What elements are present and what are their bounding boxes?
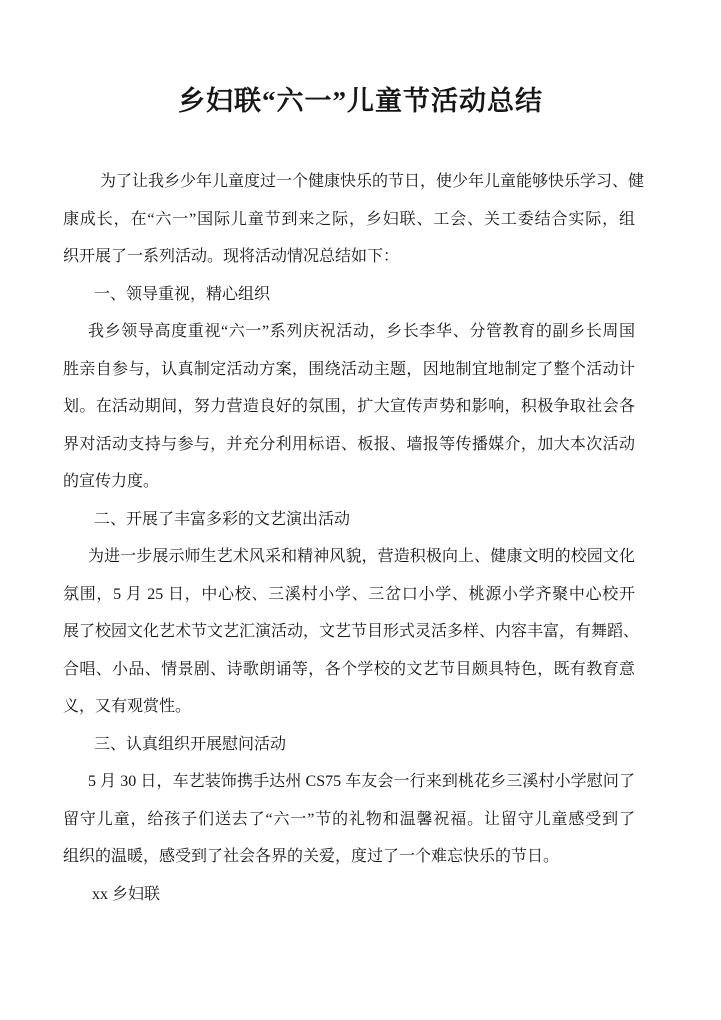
doc-line: 一、领导重视，精心组织 — [63, 276, 635, 314]
doc-line: 界对活动支持与参与，并充分利用标语、板报、墙报等传播媒介，加大本次活动 — [63, 426, 635, 464]
doc-line: 为了让我乡少年儿童度过一个健康快乐的节日，使少年儿童能够快乐学习、健 — [63, 163, 635, 201]
doc-line: 织开展了一系列活动。现将活动情况总结如下： — [63, 238, 635, 276]
paragraph: 为进一步展示师生艺术风采和精神风貌，营造积极向上、健康文明的校园文化氛围，5 月… — [63, 538, 635, 726]
doc-line: 合唱、小品、情景剧、诗歌朗诵等，各个学校的文艺节目颇具特色，既有教育意 — [63, 651, 635, 689]
doc-line: 义，又有观赏性。 — [63, 688, 635, 726]
signature: xx 乡妇联 — [63, 876, 635, 914]
doc-line: 留守儿童，给孩子们送去了“六一”节的礼物和温馨祝福。让留守儿童感受到了 — [63, 801, 635, 839]
document-title: 乡妇联“六一”儿童节活动总结 — [0, 82, 721, 120]
section-heading: 一、领导重视，精心组织 — [63, 276, 635, 314]
doc-line: 我乡领导高度重视“六一”系列庆祝活动，乡长李华、分管教育的副乡长周国 — [63, 313, 635, 351]
doc-line: 二、开展了丰富多彩的文艺演出活动 — [63, 501, 635, 539]
paragraph: 我乡领导高度重视“六一”系列庆祝活动，乡长李华、分管教育的副乡长周国胜亲自参与，… — [63, 313, 635, 501]
doc-line: 5 月 30 日，车艺装饰携手达州 CS75 车友会一行来到桃花乡三溪村小学慰问… — [63, 763, 635, 801]
doc-line: 组织的温暖，感受到了社会各界的关爱，度过了一个难忘快乐的节日。 — [63, 838, 635, 876]
paragraph: 为了让我乡少年儿童度过一个健康快乐的节日，使少年儿童能够快乐学习、健康成长，在“… — [63, 163, 635, 276]
doc-line: 氛围，5 月 25 日，中心校、三溪村小学、三岔口小学、桃源小学齐聚中心校开 — [63, 576, 635, 614]
doc-line: 的宣传力度。 — [63, 463, 635, 501]
doc-line: xx 乡妇联 — [63, 876, 635, 914]
doc-line: 展了校园文化艺术节文艺汇演活动，文艺节目形式灵活多样、内容丰富，有舞蹈、 — [63, 613, 635, 651]
doc-line: 为进一步展示师生艺术风采和精神风貌，营造积极向上、健康文明的校园文化 — [63, 538, 635, 576]
document-page: 乡妇联“六一”儿童节活动总结 为了让我乡少年儿童度过一个健康快乐的节日，使少年儿… — [0, 0, 721, 1020]
section-heading: 二、开展了丰富多彩的文艺演出活动 — [63, 501, 635, 539]
doc-line: 胜亲自参与，认真制定活动方案，围绕活动主题，因地制宜地制定了整个活动计 — [63, 351, 635, 389]
doc-line: 划。在活动期间，努力营造良好的氛围，扩大宣传声势和影响，积极争取社会各 — [63, 388, 635, 426]
document-body: 为了让我乡少年儿童度过一个健康快乐的节日，使少年儿童能够快乐学习、健康成长，在“… — [63, 163, 635, 913]
doc-line: 康成长，在“六一”国际儿童节到来之际，乡妇联、工会、关工委结合实际，组 — [63, 201, 635, 239]
section-heading: 三、认真组织开展慰问活动 — [63, 726, 635, 764]
paragraph: 5 月 30 日，车艺装饰携手达州 CS75 车友会一行来到桃花乡三溪村小学慰问… — [63, 763, 635, 876]
doc-line: 三、认真组织开展慰问活动 — [63, 726, 635, 764]
